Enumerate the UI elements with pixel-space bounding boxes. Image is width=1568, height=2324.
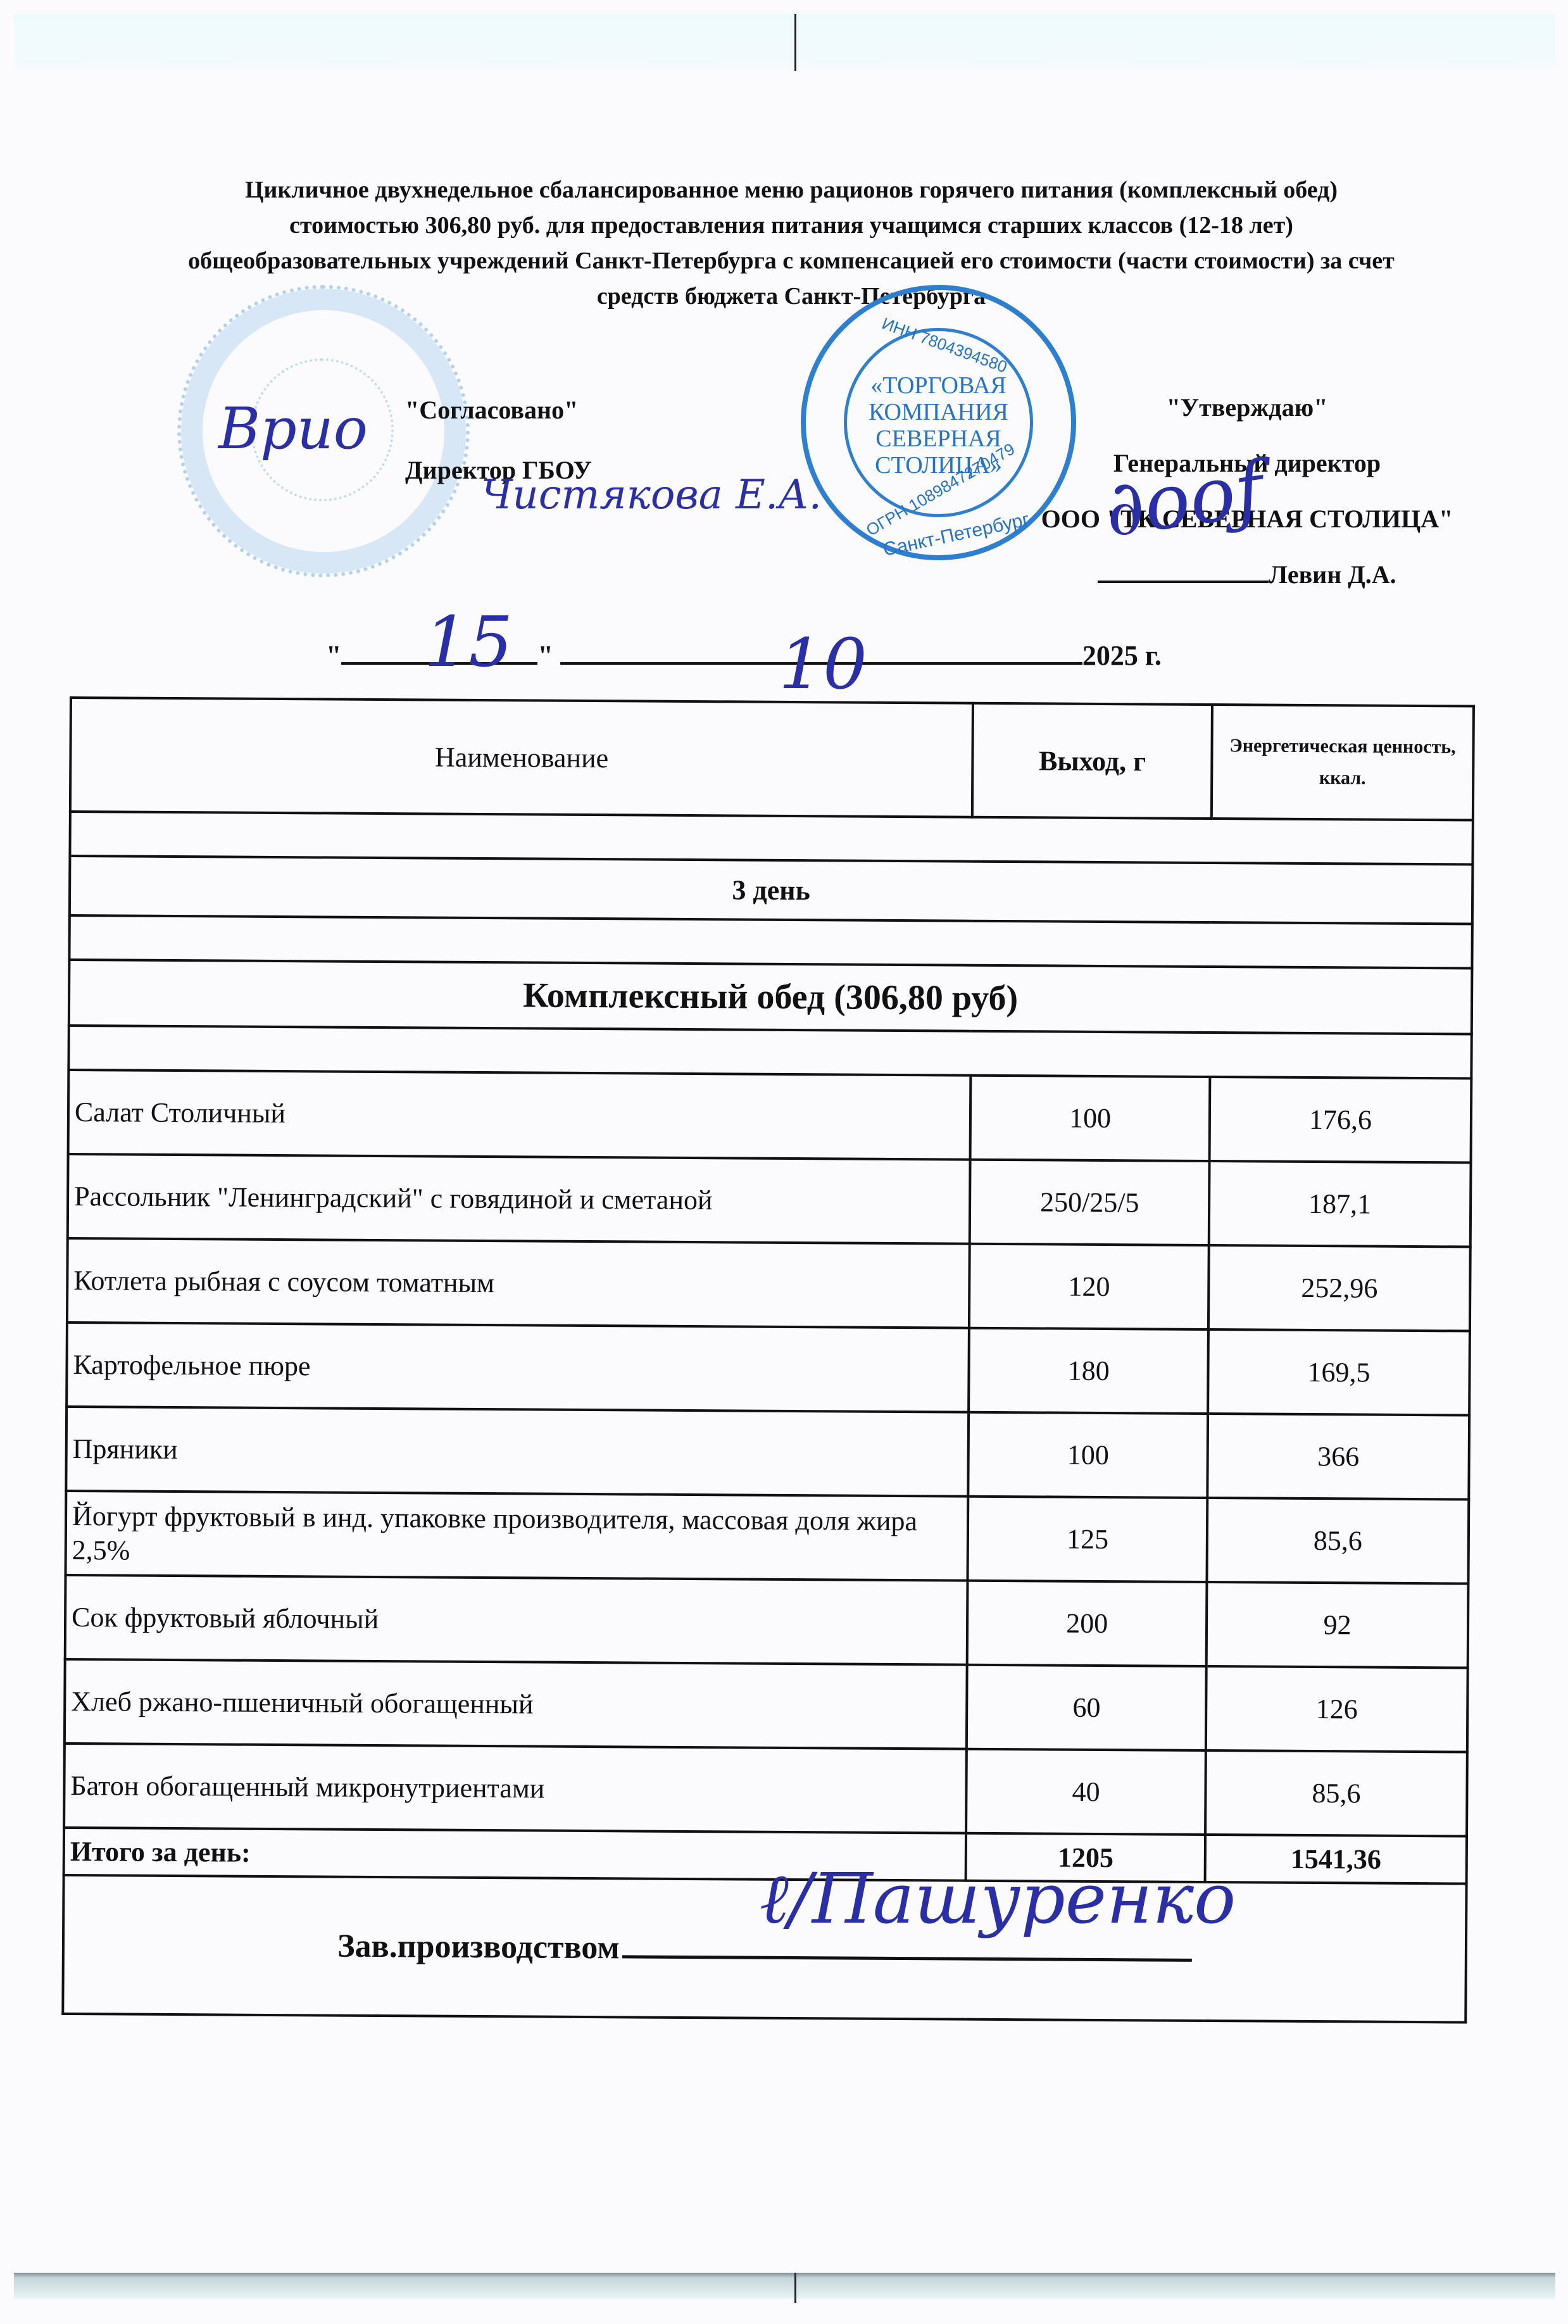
item-yield: 100 [970,1076,1210,1161]
fold-line [794,14,796,71]
item-yield: 200 [967,1581,1207,1666]
handwritten-month: 10 [779,624,867,705]
approve-signature-line: Левин Д.А. [1038,547,1456,603]
item-yield: 180 [969,1328,1208,1414]
item-kcal: 252,96 [1208,1245,1471,1331]
table-row: Сок фруктовый яблочный 200 92 [65,1575,1469,1668]
approve-heading: "Утверждаю" [1038,380,1456,436]
agreed-heading: "Согласовано" [405,380,592,440]
spacer-row [68,1026,1471,1079]
item-kcal: 366 [1207,1414,1469,1500]
scan-edge-top [14,14,1555,68]
item-yield: 125 [968,1497,1208,1582]
date-year: 2025 г. [1082,640,1162,671]
spacer-row [70,812,1472,865]
section-label: Комплексный обед (306,80 руб) [69,960,1472,1034]
item-yield: 40 [966,1749,1206,1835]
menu-table: Наименование Выход, г Энергетическая цен… [61,696,1475,2024]
item-kcal: 176,6 [1210,1077,1472,1163]
date-quote: " [537,640,553,671]
item-name: Сок фруктовый яблочный [65,1575,968,1665]
table-row: Хлеб ржано-пшеничный обогащенный 60 126 [65,1659,1468,1752]
item-name: Салат Столичный [68,1070,971,1160]
table-row: Рассольник "Ленинградский" с говядиной и… [68,1154,1471,1247]
item-kcal: 126 [1206,1666,1468,1752]
item-name: Рассольник "Ленинградский" с говядиной и… [68,1154,970,1244]
header-yield: Выход, г [972,703,1212,819]
title-line: Цикличное двухнедельное сбалансированное… [82,172,1500,208]
item-name: Пряники [66,1407,969,1497]
handwritten-day: 15 [424,601,513,682]
approve-name: Левин Д.А. [1269,560,1396,589]
item-name: Батон обогащенный микронутриентами [64,1743,967,1833]
item-yield: 120 [969,1244,1209,1329]
company-stamp: ИНН 7804394580 «ТОРГОВАЯ КОМПАНИЯ СЕВЕРН… [801,285,1076,560]
spacer-row [69,915,1472,969]
item-name: Картофельное пюре [66,1322,969,1412]
date-quote: " [326,640,341,671]
table-row: Пряники 100 366 [66,1407,1469,1500]
header-kcal: Энергетическая ценность, ккал. [1212,705,1474,820]
item-yield: 100 [969,1412,1208,1498]
scan-edge-bottom [14,2273,1555,2299]
item-name: Котлета рыбная с соусом томатным [67,1238,970,1328]
section-row: Комплексный обед (306,80 руб) [69,960,1472,1034]
item-kcal: 187,1 [1209,1161,1471,1247]
table-header-row: Наименование Выход, г Энергетическая цен… [70,698,1474,820]
title-line: стоимостью 306,80 руб. для предоставлени… [82,208,1500,243]
day-label: 3 день [70,856,1473,924]
item-kcal: 85,6 [1207,1498,1469,1584]
item-kcal: 169,5 [1208,1329,1470,1416]
stamp-center-text: «ТОРГОВАЯ КОМПАНИЯ СЕВЕРНАЯ СТОЛИЦА» [806,372,1071,479]
production-manager-label: Зав.производством [337,1928,620,1966]
handwritten-note: Врио [218,396,368,462]
production-manager-signature: ℓ/Пашуренко [760,1858,1236,1940]
table-row: Йогурт фруктовый в инд. упаковке произво… [66,1491,1469,1584]
table-row: Салат Столичный 100 176,6 [68,1070,1472,1163]
item-name: Йогурт фруктовый в инд. упаковке произво… [66,1491,969,1581]
header-name: Наименование [70,698,973,817]
handwritten-name: Чистякова Е.А. [481,472,822,518]
table-row: Котлета рыбная с соусом томатным 120 252… [67,1238,1471,1331]
item-kcal: 92 [1207,1582,1469,1668]
fold-line [794,2273,796,2303]
day-row: 3 день [70,856,1473,924]
item-name: Хлеб ржано-пшеничный обогащенный [65,1659,967,1749]
item-yield: 250/25/5 [970,1160,1210,1245]
table-row: Картофельное пюре 180 169,5 [66,1322,1470,1416]
item-kcal: 85,6 [1205,1750,1467,1837]
total-kcal: 1541,36 [1205,1835,1467,1884]
title-line: общеобразовательных учреждений Санкт-Пет… [82,243,1500,279]
table-row: Батон обогащенный микронутриентами 40 85… [64,1743,1467,1837]
item-yield: 60 [967,1665,1207,1750]
signature-blank [1098,562,1269,583]
